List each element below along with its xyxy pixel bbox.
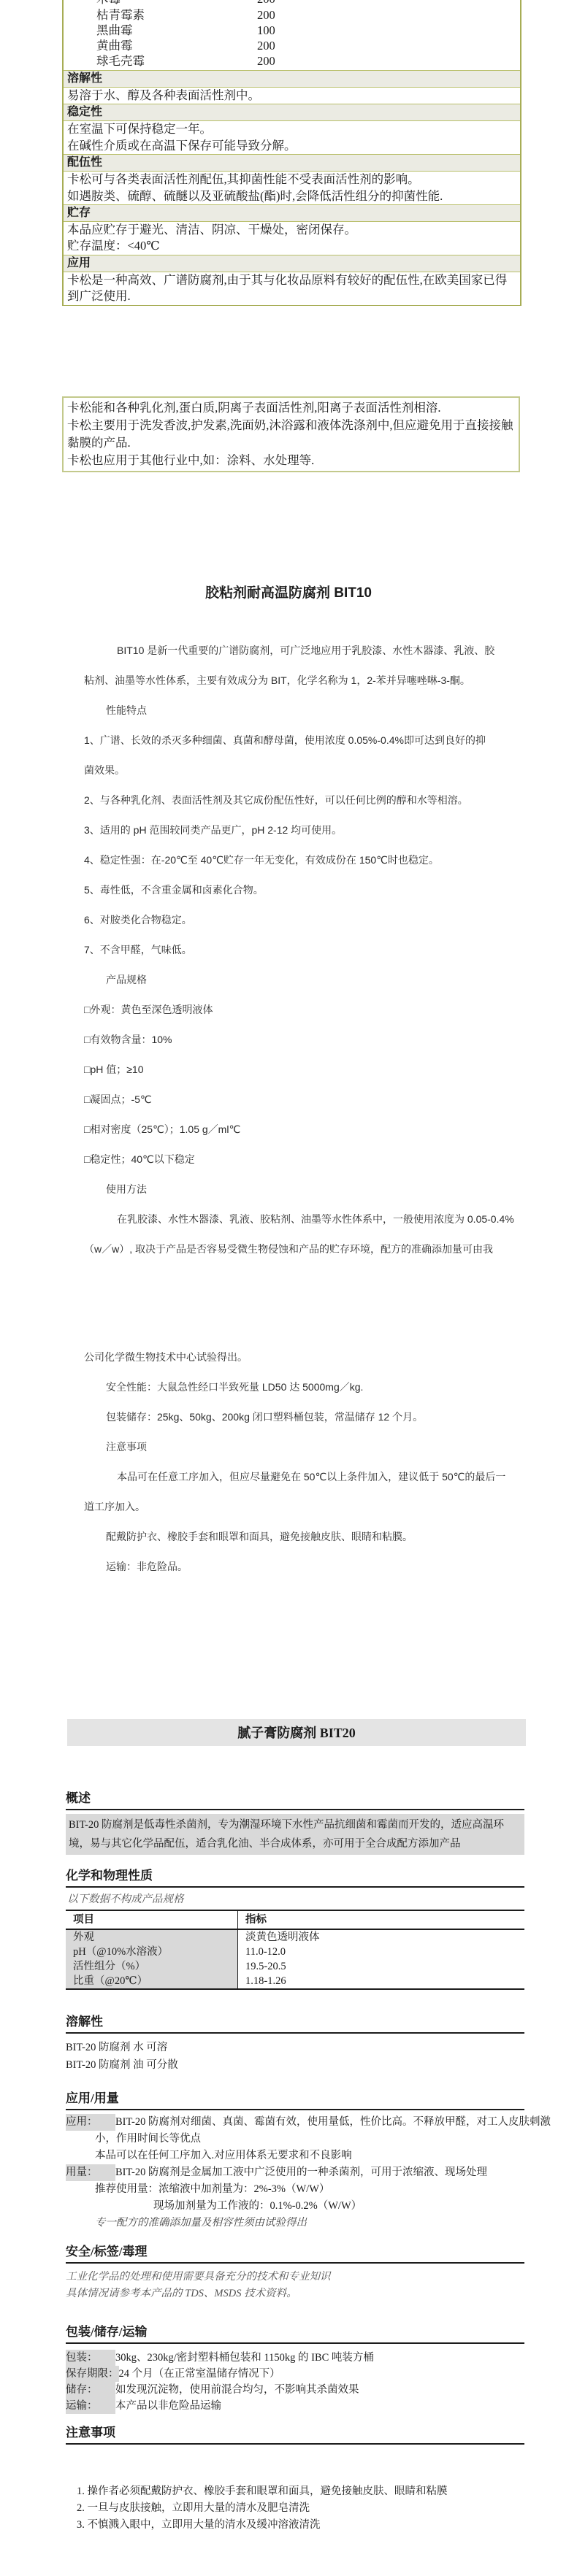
note-line: 卡松主要用于洗发香波,护发素,洗面奶,沐浴露和液体洗涤剂中,但应避免用于直接接触… [67, 417, 515, 452]
bit10-paragraph-line: 运输：非危险品。 [84, 1552, 504, 1582]
application-text: BIT-20 防腐剂是金属加工液中广泛使用的一种杀菌剂，可用于浓缩液、现场处理 [115, 2166, 487, 2178]
column-header-value: 指标 [238, 1910, 525, 1929]
bit10-paragraph-line: 7、不含甲醛，气味低。 [84, 935, 504, 965]
note-line: 卡松能和各种乳化剂,蛋白质,阴离子表面活性剂,阳离子表面活性剂相溶. [67, 399, 515, 417]
bit10-paragraph-line: 包装储存：25kg、50kg、200kg 闭口塑料桶包装，常温储存 12 个月。 [84, 1402, 504, 1432]
property-value-cell: 19.5-20.5 [238, 1959, 525, 1974]
bit10-paragraph-line: □有效物含量：10% [84, 1025, 504, 1055]
bit10-paragraph-line: BIT10 是新一代重要的广谱防腐剂，可广泛地应用于乳胶漆、水性木器漆、乳液、胶 [84, 636, 504, 666]
organism-name: 黄曲霉 [64, 38, 257, 53]
organism-row: 球毛壳霉 200 [64, 53, 520, 69]
application-text: 推荐使用量：浓缩液中加剂量为：2%-3%（W/W） [95, 2183, 329, 2195]
organism-name: 球毛壳霉 [64, 53, 257, 69]
bit10-paragraph-line: 注意事项 [84, 1432, 504, 1462]
safety-line: 具体情况请参考本产品的 TDS、MSDS 技术资料。 [66, 2285, 524, 2302]
bit10-paragraph-line: 性能特点 [84, 696, 504, 726]
packaging-text: 24 个月（在正常室温储存情况下） [119, 2368, 280, 2380]
bit10-paragraph-line: 1、广谱、长效的杀灭多种细菌、真菌和酵母菌，使用浓度 0.05%-0.4%即可达… [84, 726, 504, 756]
packaging-text: 本产品以非危险品运输 [115, 2400, 221, 2412]
packaging-label: 运输： [66, 2398, 115, 2414]
bit10-paragraph-line: （w／w）, 取决于产品是否容易受微生物侵蚀和产品的贮存环境，配方的准确添加量可… [84, 1234, 504, 1264]
bit10-paragraph-line: 6、对胺类化合物稳定。 [84, 905, 504, 935]
packaging-label: 保存期限： [66, 2366, 119, 2382]
bit10-paragraph-line: 3、适用的 pH 范围较同类产品更广，pH 2-12 均可使用。 [84, 815, 504, 845]
bit10-paragraph-line: □外观：黄色至深色透明液体 [84, 995, 504, 1025]
safety-line: 工业化学品的处理和使用需要具备充分的技术和专业知识 [66, 2269, 524, 2285]
packaging-text: 30kg、230kg/密封塑料桶包装和 1150kg 的 IBC 吨装方桶 [115, 2352, 374, 2364]
property-row: pH（@10%水溶液） 11.0-12.0 [66, 1945, 524, 1959]
bit10-paragraph-line: 使用方法 [84, 1174, 504, 1204]
packaging-label: 包装： [66, 2350, 115, 2366]
packaging-heading: 包装/储存/运输 [66, 2321, 524, 2344]
property-row: 比重（@20℃） 1.18-1.26 [66, 1974, 524, 1989]
bit10-paragraph-line: 本品可在任意工序加入，但应尽量避免在 50℃以上条件加入，建议低于 50℃的最后… [84, 1462, 504, 1492]
safety-heading: 安全/标签/毒理 [66, 2241, 524, 2264]
kathon-note-box: 卡松能和各种乳化剂,蛋白质,阴离子表面活性剂,阳离子表面活性剂相溶.卡松主要用于… [62, 396, 520, 472]
note-line: 卡松也应用于其他行业中,如：涂料、水处理等. [67, 452, 515, 469]
application-label: 应用： [66, 2114, 115, 2131]
clipped-organism-row: 木霉 200 [64, 0, 520, 7]
property-value-cell: 11.0-12.0 [238, 1945, 525, 1959]
bit10-paragraph-line: □凝固点；-5℃ [84, 1085, 504, 1115]
table-row: 易溶于水、醇及各种表面活性剂中。 [64, 88, 520, 104]
table-row: 贮存 [64, 204, 520, 222]
kathon-property-rows: 溶解性易溶于水、醇及各种表面活性剂中。稳定性在室温下可保持稳定一年。在碱性介质或… [64, 70, 520, 305]
application-line: 推荐使用量：浓缩液中加剂量为：2%-3%（W/W） [66, 2181, 524, 2198]
organism-name: 黑曲霉 [64, 23, 257, 38]
application-text: 现场加剂量为工作液的：0.1%-0.2%（W/W） [153, 2200, 362, 2212]
organism-list: 枯青霉素 200 黑曲霉 100 黄曲霉 200 球毛壳霉 200 [64, 7, 520, 69]
bit10-paragraph-line: 粘剂、油墨等水性体系，主要有效成分为 BIT，化学名称为 1，2-苯并异噻唑啉-… [84, 666, 504, 696]
packaging-line: 储存：如发现沉淀物，使用前混合均匀，不影响其杀菌效果 [66, 2382, 524, 2398]
table-row: 卡松可与各类表面活性剂配伍,其抑菌性能不受表面活性剂的影响。 [64, 172, 520, 188]
precaution-line: 1. 操作者必须配戴防护衣、橡胶手套和眼罩和面具，避免接触皮肤、眼睛和粘膜 [77, 2483, 544, 2500]
bit10-paragraph-line: 5、毒性低，不含重金属和卤素化合物。 [84, 875, 504, 905]
table-row: 应用 [64, 255, 520, 272]
organism-rows-block: 木霉 200 枯青霉素 200 黑曲霉 100 黄曲霉 200 球毛壳霉 200 [64, 0, 520, 70]
application-line: 用量：BIT-20 防腐剂是金属加工液中广泛使用的一种杀菌剂，可用于浓缩液、现场… [66, 2164, 524, 2181]
bit10-paragraph-line: □稳定性；40℃以下稳定 [84, 1145, 504, 1174]
properties-note: 以下数据不构成产品规格 [67, 1892, 524, 1907]
solubility-line: BIT-20 防腐剂 油 可分散 [66, 2056, 524, 2074]
application-line: 现场加剂量为工作液的：0.1%-0.2%（W/W） [66, 2198, 524, 2215]
application-line: 专一配方的准确添加量及相容性须由试验得出 [66, 2215, 524, 2231]
bit10-paragraph-line: 2、与各种乳化剂、表面活性剂及其它成份配伍性好，可以任何比例的醇和水等相溶。 [84, 785, 504, 815]
packaging-text: 如发现沉淀物，使用前混合均匀，不影响其杀菌效果 [115, 2384, 359, 2396]
bit10-paragraph-line: □相对密度（25℃）；1.05 g／ml℃ [84, 1115, 504, 1145]
table-row: 本品应贮存于避光、清洁、阴凉、干燥处，密闭保存。 [64, 222, 520, 238]
property-name-cell: 活性组分（%） [66, 1959, 238, 1974]
organism-value: 100 [257, 23, 275, 38]
bit10-title: 胶粘剂耐高温防腐剂 BIT10 [0, 582, 577, 601]
organism-value: 200 [257, 38, 275, 53]
property-row: 外观 淡黄色透明液体 [66, 1929, 524, 1945]
precaution-line: 3. 不慎溅入眼中，立即用大量的清水及缓冲溶液清洗 [77, 2517, 544, 2534]
bit10-body: BIT10 是新一代重要的广谱防腐剂，可广泛地应用于乳胶漆、水性木器漆、乳液、胶… [84, 636, 504, 1582]
bit10-paragraph-line: 4、稳定性强：在-20℃至 40℃贮存一年无变化，有效成份在 150℃时也稳定。 [84, 845, 504, 875]
table-row: 在碱性介质或在高温下保存可能导致分解。 [64, 138, 520, 154]
table-row: 配伍性 [64, 154, 520, 172]
bit10-section: 胶粘剂耐高温防腐剂 BIT10 BIT10 是新一代重要的广谱防腐剂，可广泛地应… [0, 582, 577, 1582]
organism-value: 200 [257, 0, 275, 7]
property-name-cell: 外观 [66, 1929, 238, 1945]
bit20-banner-title: 腻子膏防腐剂 BIT20 [67, 1719, 526, 1746]
application-text: BIT-20 防腐剂对细菌、真菌、霉菌有效，使用量低，性价比高。不释放甲醛，对工… [115, 2116, 551, 2128]
column-header-item: 项目 [66, 1910, 238, 1929]
precaution-line: 2. 一旦与皮肤接触，立即用大量的清水及肥皂清洗 [77, 2500, 544, 2517]
organism-row: 黄曲霉 200 [64, 38, 520, 53]
bit10-paragraph-line: 菌效果。 [84, 756, 504, 785]
packaging-line: 保存期限：24 个月（在正常室温储存情况下） [66, 2366, 524, 2382]
packaging-line: 运输：本产品以非危险品运输 [66, 2398, 524, 2414]
table-row: 如遇胺类、硫醇、硫醚以及亚硫酸盐(酯)时,会降低活性组分的抑菌性能. [64, 188, 520, 204]
application-text: 本品可以在任何工序加入.对应用体系无要求和不良影响 [95, 2150, 352, 2161]
application-line: 应用：BIT-20 防腐剂对细菌、真菌、霉菌有效，使用量低，性价比高。不释放甲醛… [66, 2114, 524, 2131]
application-line: 本品可以在任何工序加入.对应用体系无要求和不良影响 [66, 2148, 524, 2164]
bit10-paragraph-line: 道工序加入。 [84, 1492, 504, 1522]
table-row: 稳定性 [64, 104, 520, 121]
application-text: 小，作用时间长等优点 [95, 2133, 201, 2145]
bit10-paragraph-line: 产品规格 [84, 965, 504, 995]
organism-name: 枯青霉素 [64, 7, 257, 23]
properties-heading: 化学和物理性质 [66, 1865, 524, 1888]
application-line: 小，作用时间长等优点 [66, 2131, 524, 2148]
property-name-cell: 比重（@20℃） [66, 1974, 238, 1989]
solubility-heading: 溶解性 [66, 2011, 524, 2034]
property-value-cell: 淡黄色透明液体 [238, 1929, 525, 1945]
organism-value: 200 [257, 7, 275, 23]
precautions-list: 1. 操作者必须配戴防护衣、橡胶手套和眼罩和面具，避免接触皮肤、眼睛和粘膜2. … [77, 2483, 544, 2534]
bit10-paragraph-line: □pH 值；≥10 [84, 1055, 504, 1085]
application-text: 专一配方的准确添加量及相容性须由试验得出 [95, 2217, 307, 2229]
bit10-paragraph-line: 安全性能：大鼠急性经口半致死量 LD50 达 5000mg／kg. [84, 1372, 504, 1402]
properties-header-row: 项目 指标 [66, 1910, 524, 1929]
application-label: 用量： [66, 2164, 115, 2181]
organism-value: 200 [257, 53, 275, 69]
notes-heading: 注意事项 [66, 2422, 524, 2445]
bit10-paragraph-line: 公司化学微生物技术中心试验得出。 [84, 1342, 504, 1372]
kathon-section: 木霉 200 枯青霉素 200 黑曲霉 100 黄曲霉 200 球毛壳霉 200 [0, 0, 577, 306]
table-row: 溶解性 [64, 70, 520, 88]
property-row: 活性组分（%） 19.5-20.5 [66, 1959, 524, 1974]
packaging-line: 包装：30kg、230kg/密封塑料桶包装和 1150kg 的 IBC 吨装方桶 [66, 2350, 524, 2366]
solubility-line: BIT-20 防腐剂 水 可溶 [66, 2039, 524, 2056]
table-row: 卡松是一种高效、广谱防腐剂,由于其与化妆品原料有较好的配伍性,在欧美国家已得到广… [64, 272, 520, 305]
organism-row: 枯青霉素 200 [64, 7, 520, 23]
organism-row: 黑曲霉 100 [64, 23, 520, 38]
organism-name: 木霉 [64, 0, 257, 7]
property-value-cell: 1.18-1.26 [238, 1974, 525, 1989]
overview-text: BIT-20 防腐剂是低毒性杀菌剂，专为潮湿环境下水性产品抗细菌和霉菌而开发的，… [66, 1814, 524, 1855]
table-row: 贮存温度：<40℃ [64, 238, 520, 254]
bit10-paragraph-line: 在乳胶漆、水性木器漆、乳液、胶粘剂、油墨等水性体系中，一般使用浓度为 0.05-… [84, 1204, 504, 1234]
property-name-cell: pH（@10%水溶液） [66, 1945, 238, 1959]
bit20-section: 腻子膏防腐剂 BIT20 概述 BIT-20 防腐剂是低毒性杀菌剂，专为潮湿环境… [0, 1719, 577, 2445]
bit10-paragraph-line: 配戴防护衣、橡胶手套和眼罩和面具，避免接触皮肤、眼睛和粘膜。 [84, 1522, 504, 1552]
overview-heading: 概述 [66, 1788, 524, 1810]
kathon-activity-table: 木霉 200 枯青霉素 200 黑曲霉 100 黄曲霉 200 球毛壳霉 200 [62, 0, 521, 306]
table-row: 在室温下可保持稳定一年。 [64, 121, 520, 137]
properties-table: 项目 指标 外观 淡黄色透明液体 pH（@10%水溶液） 11.0-12.0 活… [66, 1910, 524, 1990]
application-heading: 应用/用量 [66, 2088, 524, 2110]
packaging-label: 储存： [66, 2382, 115, 2398]
